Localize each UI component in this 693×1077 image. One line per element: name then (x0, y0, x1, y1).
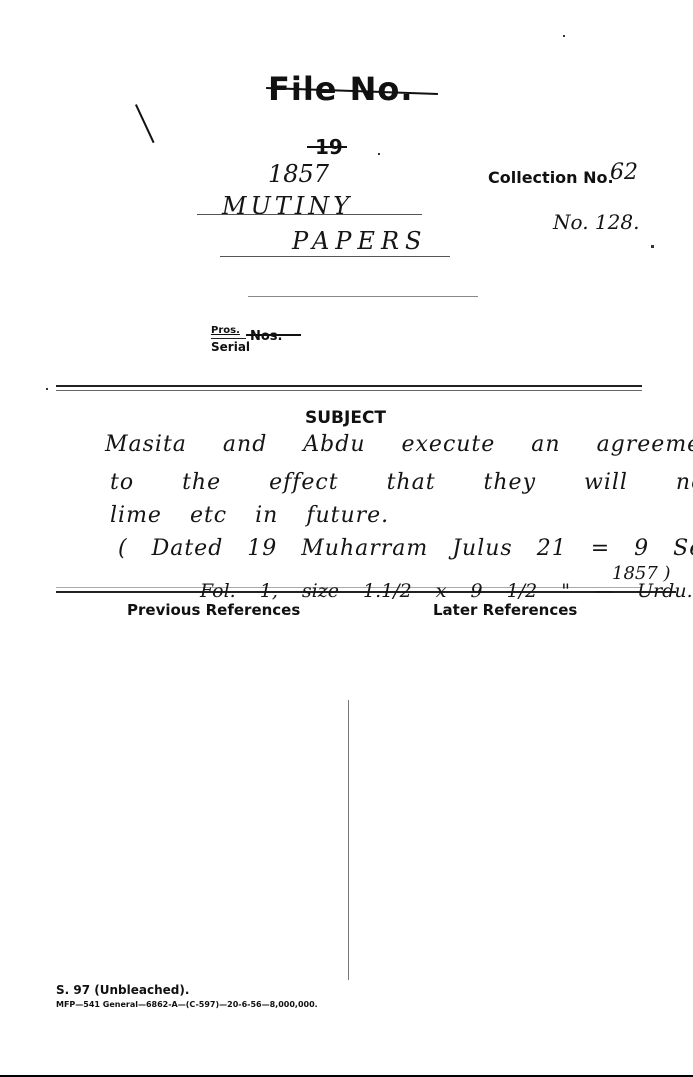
subject-line: lime etc in future. (110, 503, 389, 528)
section-rule-bottom (56, 390, 642, 391)
title-rule-2 (220, 256, 450, 257)
blank-rule (248, 296, 478, 297)
year-handwritten: 1857 (268, 160, 329, 188)
pros-serial-divider (211, 338, 246, 339)
collection-label: Collection No. (488, 168, 614, 187)
folio-size-note: Fol. 1, size 1.1/2 x 9 1/2 " — Urdu. (200, 580, 693, 602)
subject-line: to the effect that they will not steal (110, 470, 693, 495)
item-number: No. 128. (553, 210, 639, 234)
collection-value: 62 (610, 160, 638, 185)
references-column-divider (348, 700, 349, 980)
subject-line: ( Dated 19 Muharram Julus 21 = 9 Sep. (118, 536, 693, 561)
scan-speck (46, 388, 48, 390)
scan-speck (651, 245, 654, 248)
nos-strikethrough (246, 334, 301, 336)
subject-line: Masita and Abdu execute an agreement (105, 432, 693, 457)
title-rule-1 (197, 214, 422, 215)
later-references-label: Later References (433, 601, 577, 619)
serial-label: Serial (211, 340, 250, 354)
file-number-strikethrough (307, 146, 347, 148)
previous-references-label: Previous References (127, 601, 300, 619)
section-rule-top (56, 385, 642, 387)
stray-pen-mark (135, 104, 155, 143)
title-line-2: PAPERS (292, 227, 427, 255)
form-number: S. 97 (Unbleached). (56, 983, 189, 997)
title-line-1: MUTINY (222, 192, 353, 220)
scan-speck (378, 153, 380, 155)
scan-speck (563, 35, 565, 37)
print-line: MFP—541 General—6862-A—(C-597)—20-6-56—8… (56, 1000, 318, 1009)
pros-label: Pros. (211, 325, 240, 336)
nos-label: Nos. (250, 329, 283, 344)
subject-label: SUBJECT (305, 408, 386, 428)
